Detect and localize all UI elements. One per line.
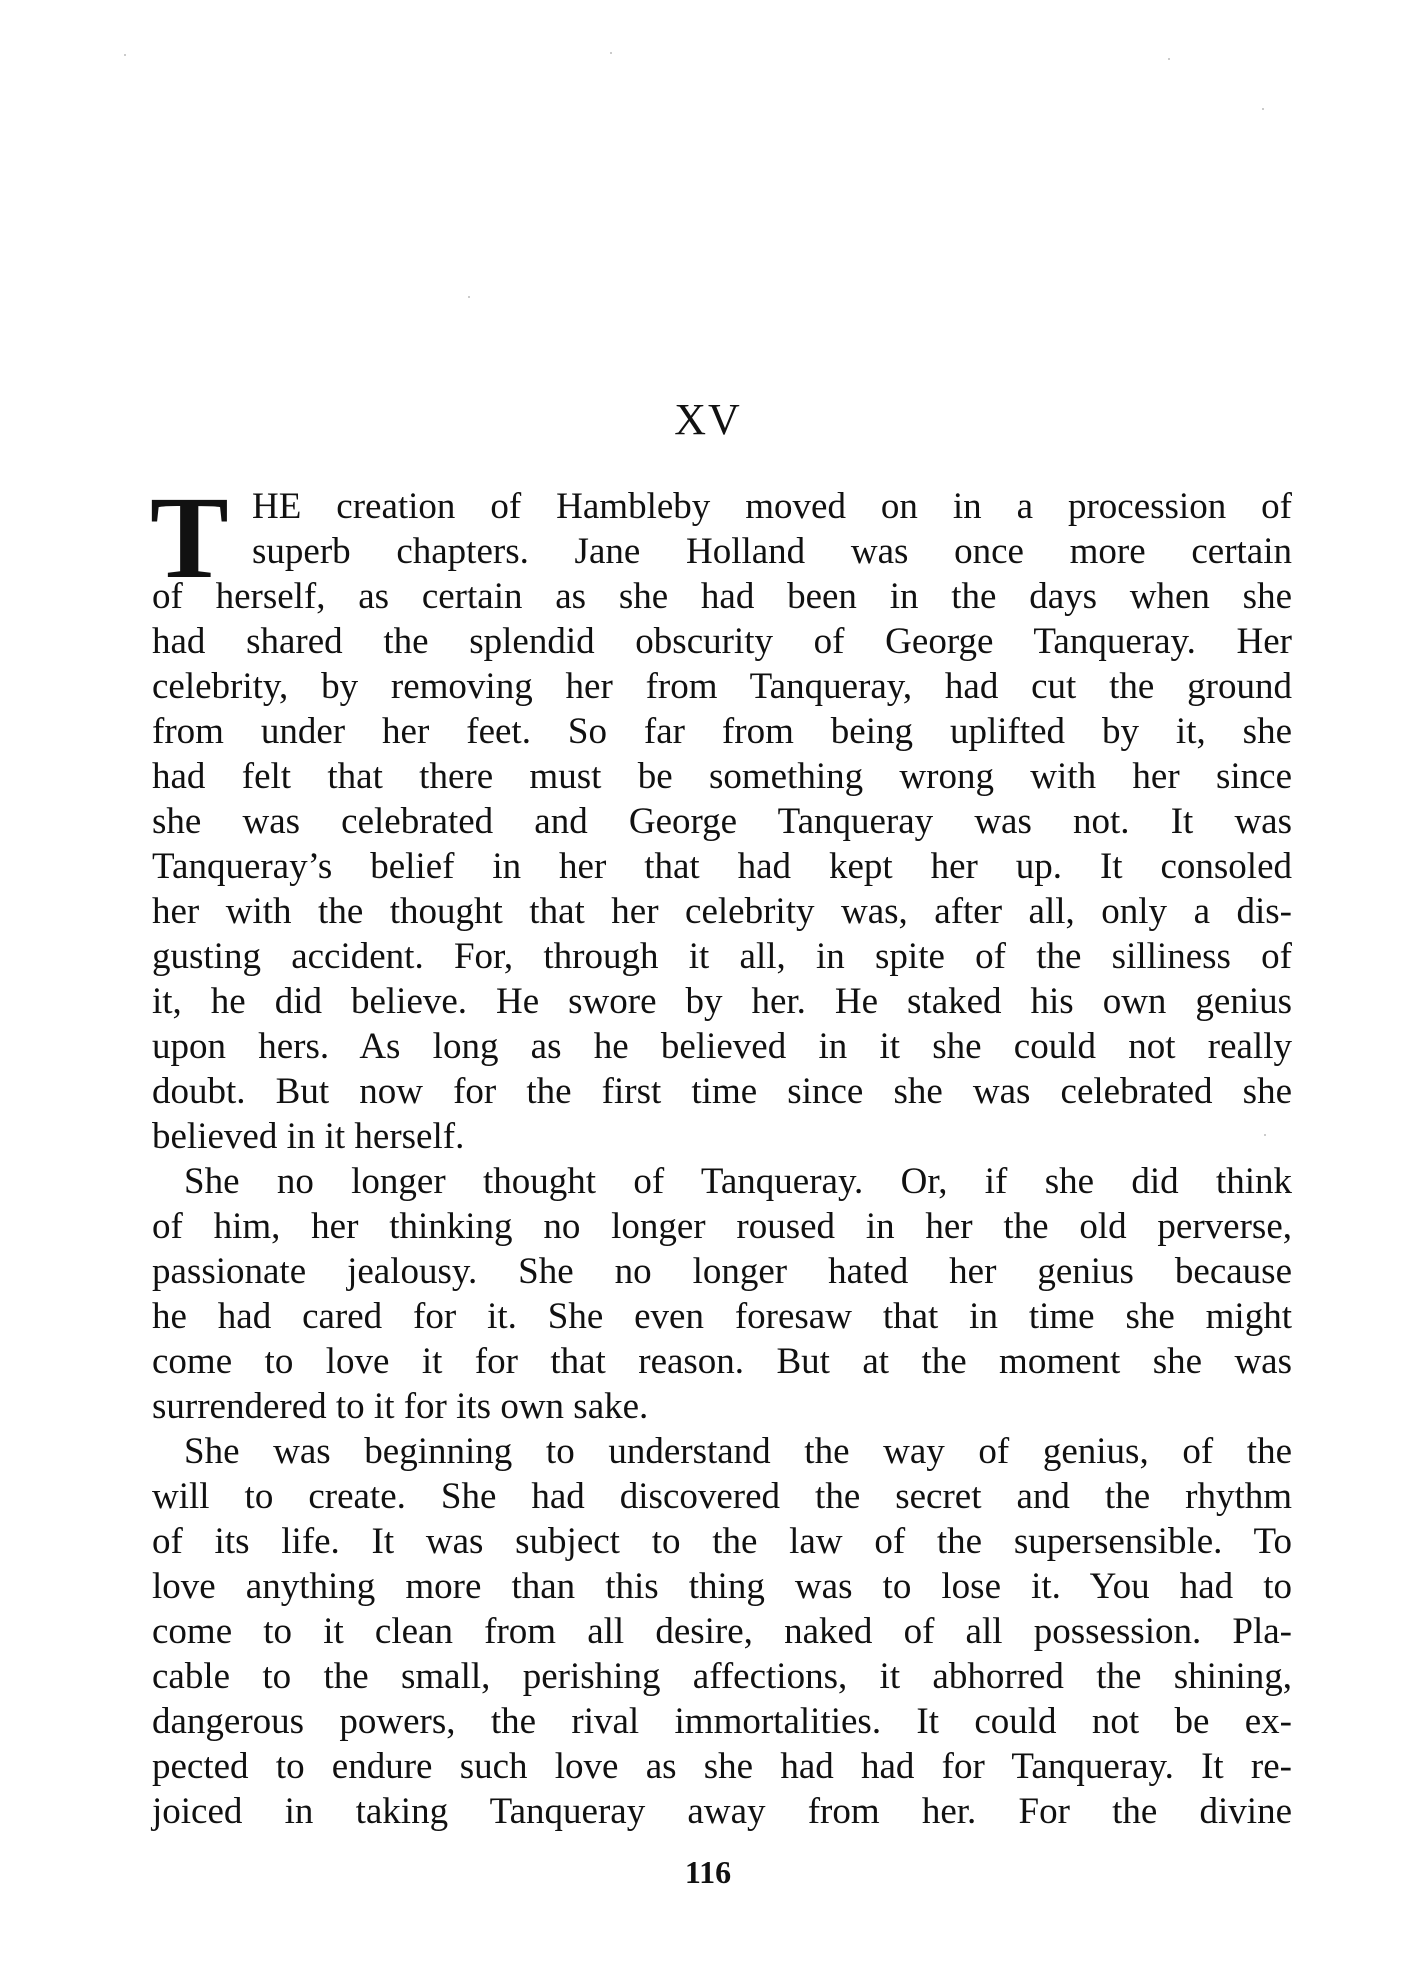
text-line: of its life. It was subject to the law o… bbox=[152, 1519, 1292, 1564]
text-line: She no longer thought of Tanqueray. Or, … bbox=[152, 1159, 1292, 1204]
text-line: superb chapters. Jane Holland was once m… bbox=[152, 529, 1292, 574]
text-line: believed in it herself. bbox=[152, 1114, 1292, 1159]
text-line: had felt that there must be something wr… bbox=[152, 754, 1292, 799]
text-line: cable to the small, perishing affections… bbox=[152, 1654, 1292, 1699]
text-line: she was celebrated and George Tanqueray … bbox=[152, 799, 1292, 844]
page-number: 116 bbox=[0, 1854, 1416, 1891]
text-line: passionate jealousy. She no longer hated… bbox=[152, 1249, 1292, 1294]
text-line: love anything more than this thing was t… bbox=[152, 1564, 1292, 1609]
text-line: celebrity, by removing her from Tanquera… bbox=[152, 664, 1292, 709]
text-line: will to create. She had discovered the s… bbox=[152, 1474, 1292, 1519]
text-line: doubt. But now for the first time since … bbox=[152, 1069, 1292, 1114]
text-line: Tanqueray’s belief in her that had kept … bbox=[152, 844, 1292, 889]
text-line: HE creation of Hambleby moved on in a pr… bbox=[152, 484, 1292, 529]
text-line: of herself, as certain as she had been i… bbox=[152, 574, 1292, 619]
text-line: upon hers. As long as he believed in it … bbox=[152, 1024, 1292, 1069]
text-line: joiced in taking Tanqueray away from her… bbox=[152, 1789, 1292, 1834]
text-line: She was beginning to understand the way … bbox=[152, 1429, 1292, 1474]
text-line: from under her feet. So far from being u… bbox=[152, 709, 1292, 754]
text-line: her with the thought that her celebrity … bbox=[152, 889, 1292, 934]
body-text: T HE creation of Hambleby moved on in a … bbox=[152, 484, 1292, 1834]
text-line: gusting accident. For, through it all, i… bbox=[152, 934, 1292, 979]
text-line: surrendered to it for its own sake. bbox=[152, 1384, 1292, 1429]
text-line: come to it clean from all desire, naked … bbox=[152, 1609, 1292, 1654]
text-line: he had cared for it. She even foresaw th… bbox=[152, 1294, 1292, 1339]
text-line: dangerous powers, the rival immortalitie… bbox=[152, 1699, 1292, 1744]
text-line: pected to endure such love as she had ha… bbox=[152, 1744, 1292, 1789]
chapter-heading: XV bbox=[0, 398, 1416, 442]
text-line: of him, her thinking no longer roused in… bbox=[152, 1204, 1292, 1249]
text-line: come to love it for that reason. But at … bbox=[152, 1339, 1292, 1384]
book-page: XV T HE creation of Hambleby moved on in… bbox=[0, 0, 1416, 1980]
text-line: had shared the splendid obscurity of Geo… bbox=[152, 619, 1292, 664]
text-line: it, he did believe. He swore by her. He … bbox=[152, 979, 1292, 1024]
drop-cap: T bbox=[150, 490, 229, 586]
